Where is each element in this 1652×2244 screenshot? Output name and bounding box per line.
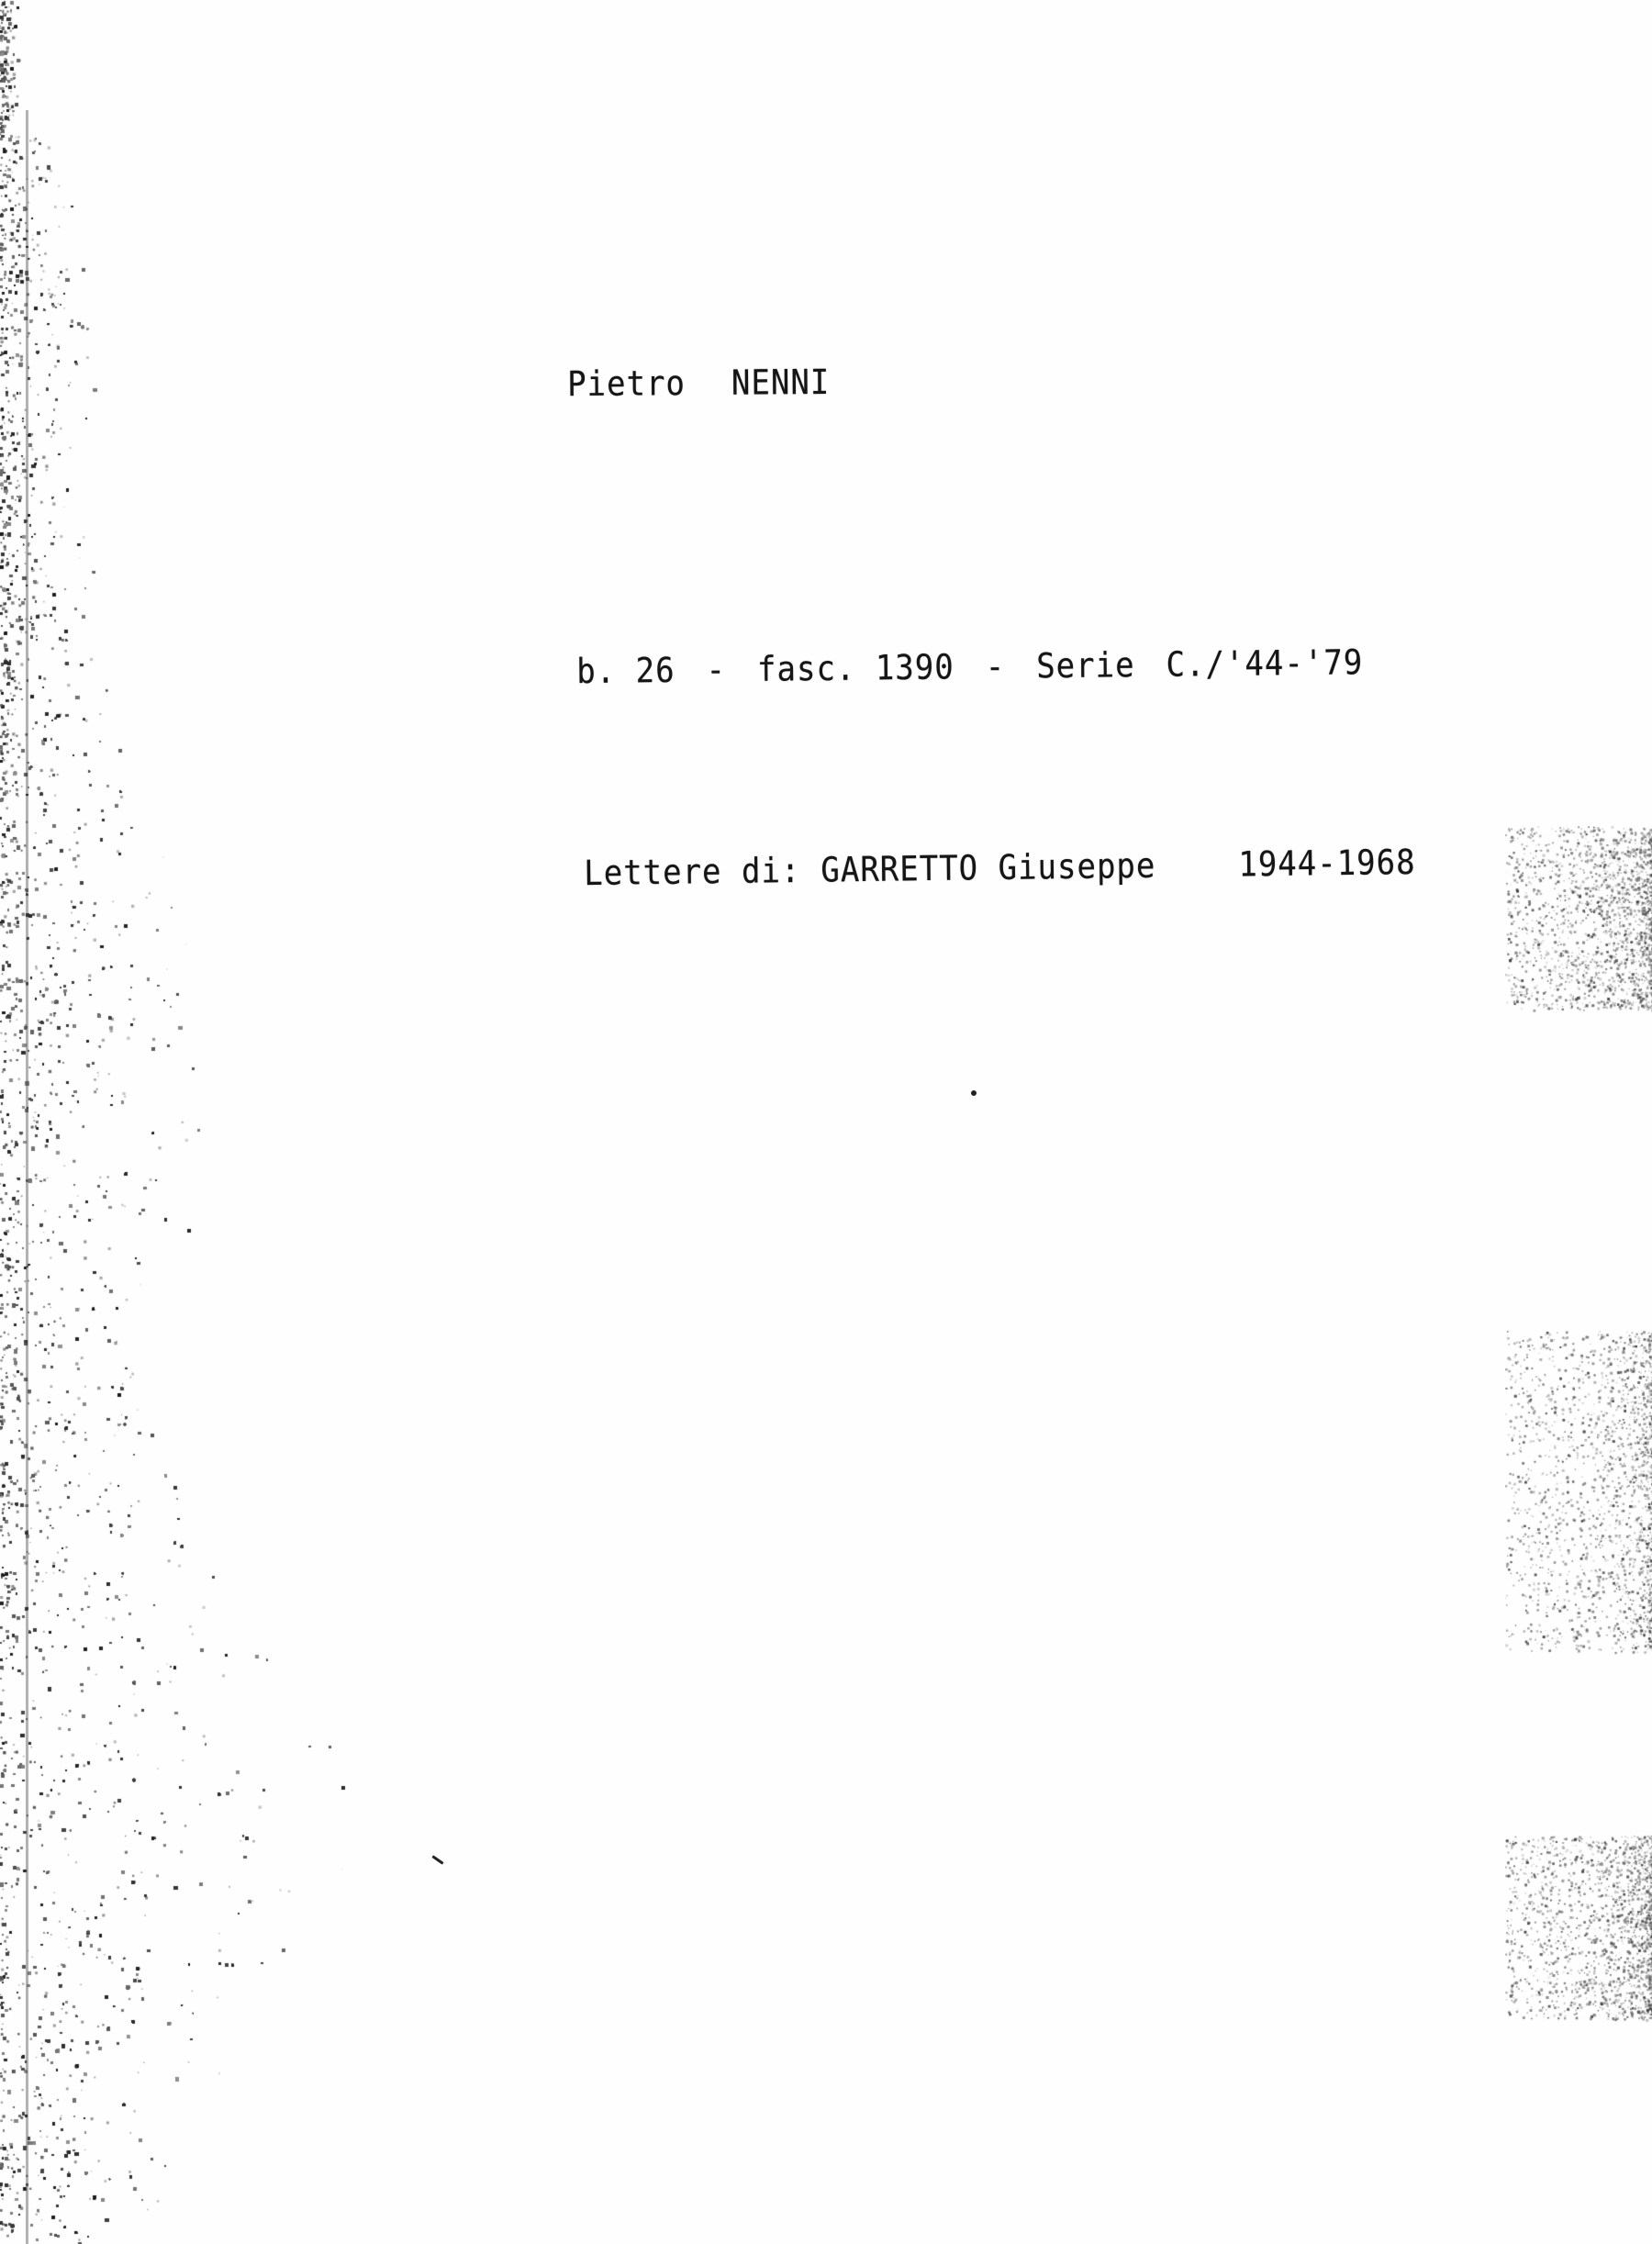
letters-label: Lettere di: (584, 851, 801, 894)
letters-line: Lettere di:GARRETTO Giuseppe1944-1968 (584, 843, 1416, 894)
correspondent-name: GARRETTO Giuseppe (820, 846, 1155, 891)
last-name: NENNI (731, 363, 831, 404)
fascicolo-number: fasc. 1390 (757, 647, 954, 689)
serie-label: Serie (1036, 645, 1135, 687)
separator: - (986, 647, 1006, 687)
serie-value: C./'44-'79 (1166, 642, 1363, 685)
separator: - (706, 650, 726, 690)
busta-number: b. 26 (576, 651, 675, 692)
ink-speck (971, 1090, 977, 1096)
date-range: 1944-1968 (1238, 843, 1416, 886)
scan-noise-left-edge (0, 0, 514, 2244)
scan-noise-right-edge (1505, 0, 1652, 2244)
scan-edge-line (26, 110, 28, 2244)
first-name: Pietro (567, 363, 686, 405)
scanned-page: PietroNENNI b. 26-fasc. 1390-SerieC./'44… (0, 0, 1652, 2244)
archive-reference-line: b. 26-fasc. 1390-SerieC./'44-'79 (576, 642, 1363, 692)
ink-speck (431, 1855, 443, 1864)
person-name-line: PietroNENNI (567, 363, 830, 405)
